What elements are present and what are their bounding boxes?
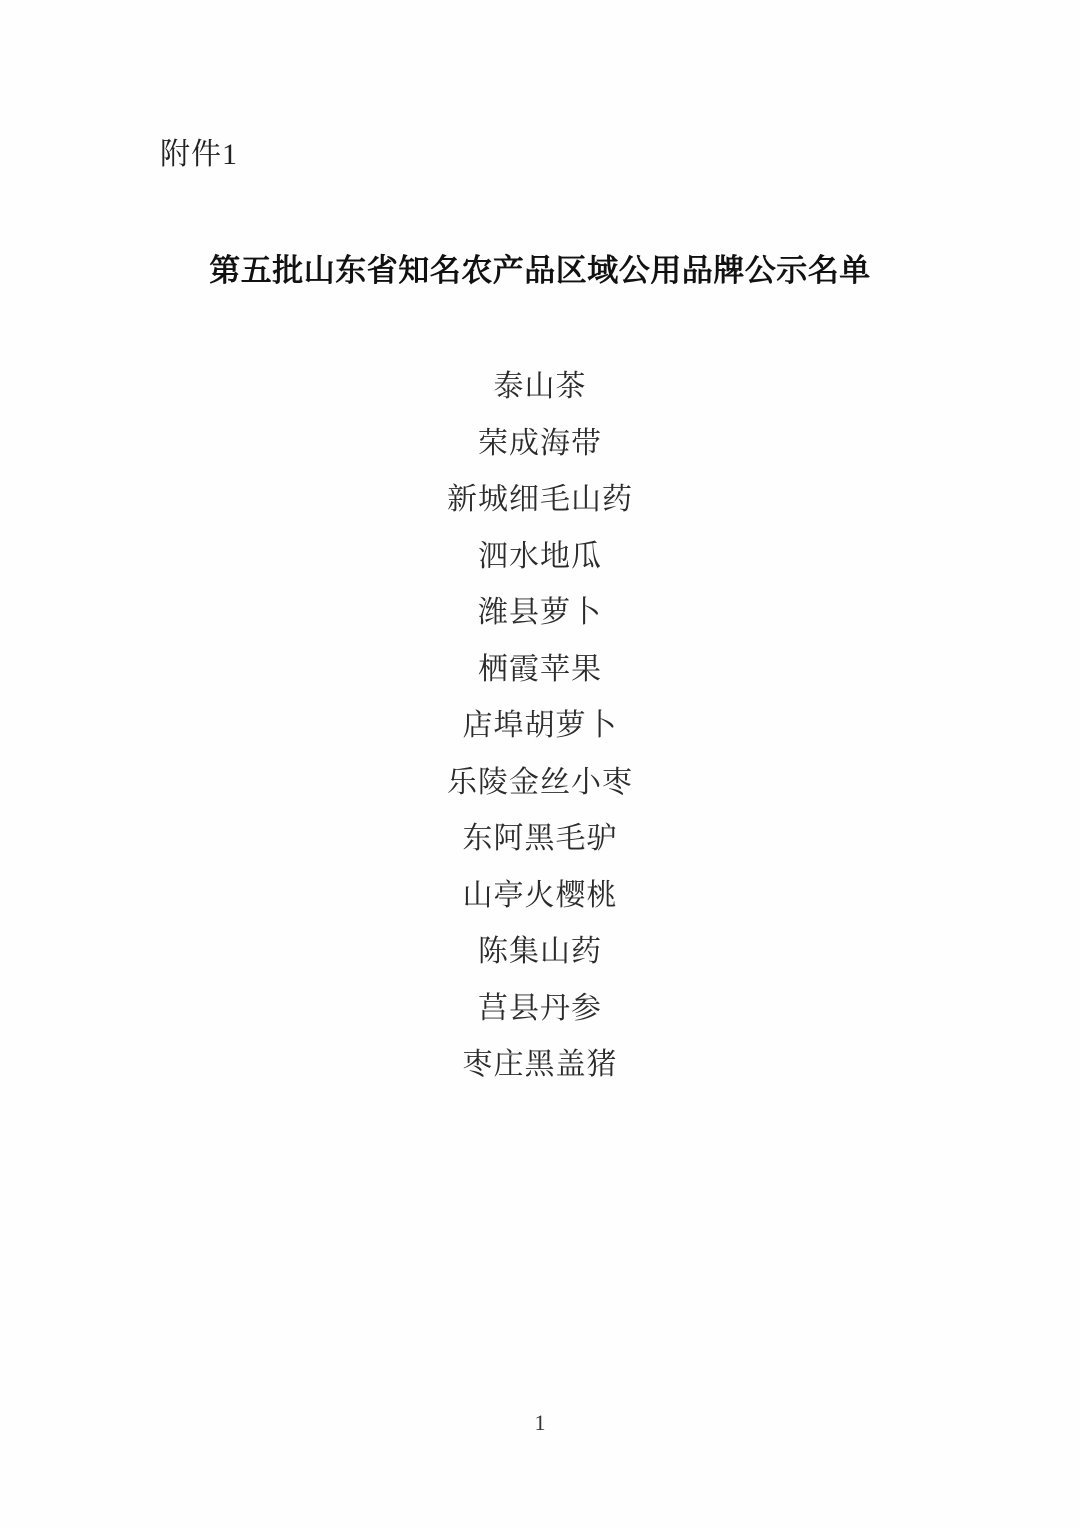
brand-list-item: 乐陵金丝小枣 xyxy=(0,755,1080,812)
page-number: 1 xyxy=(0,1408,1080,1438)
brand-list-item: 店埠胡萝卜 xyxy=(0,698,1080,755)
brand-list-item: 荣成海带 xyxy=(0,416,1080,473)
brand-list: 泰山茶荣成海带新城细毛山药泗水地瓜潍县萝卜栖霞苹果店埠胡萝卜乐陵金丝小枣东阿黑毛… xyxy=(0,359,1080,1094)
document-title: 第五批山东省知名农产品区域公用品牌公示名单 xyxy=(0,249,1080,293)
document-page: 附件1 第五批山东省知名农产品区域公用品牌公示名单 泰山茶荣成海带新城细毛山药泗… xyxy=(0,0,1080,1528)
brand-list-item: 泰山茶 xyxy=(0,359,1080,416)
brand-list-item: 莒县丹参 xyxy=(0,981,1080,1038)
brand-list-item: 陈集山药 xyxy=(0,924,1080,981)
brand-list-item: 泗水地瓜 xyxy=(0,529,1080,586)
brand-list-item: 新城细毛山药 xyxy=(0,472,1080,529)
attachment-label: 附件1 xyxy=(160,136,238,174)
brand-list-item: 潍县萝卜 xyxy=(0,585,1080,642)
brand-list-item: 栖霞苹果 xyxy=(0,642,1080,699)
brand-list-item: 枣庄黑盖猪 xyxy=(0,1037,1080,1094)
brand-list-item: 东阿黑毛驴 xyxy=(0,811,1080,868)
brand-list-item: 山亭火樱桃 xyxy=(0,868,1080,925)
